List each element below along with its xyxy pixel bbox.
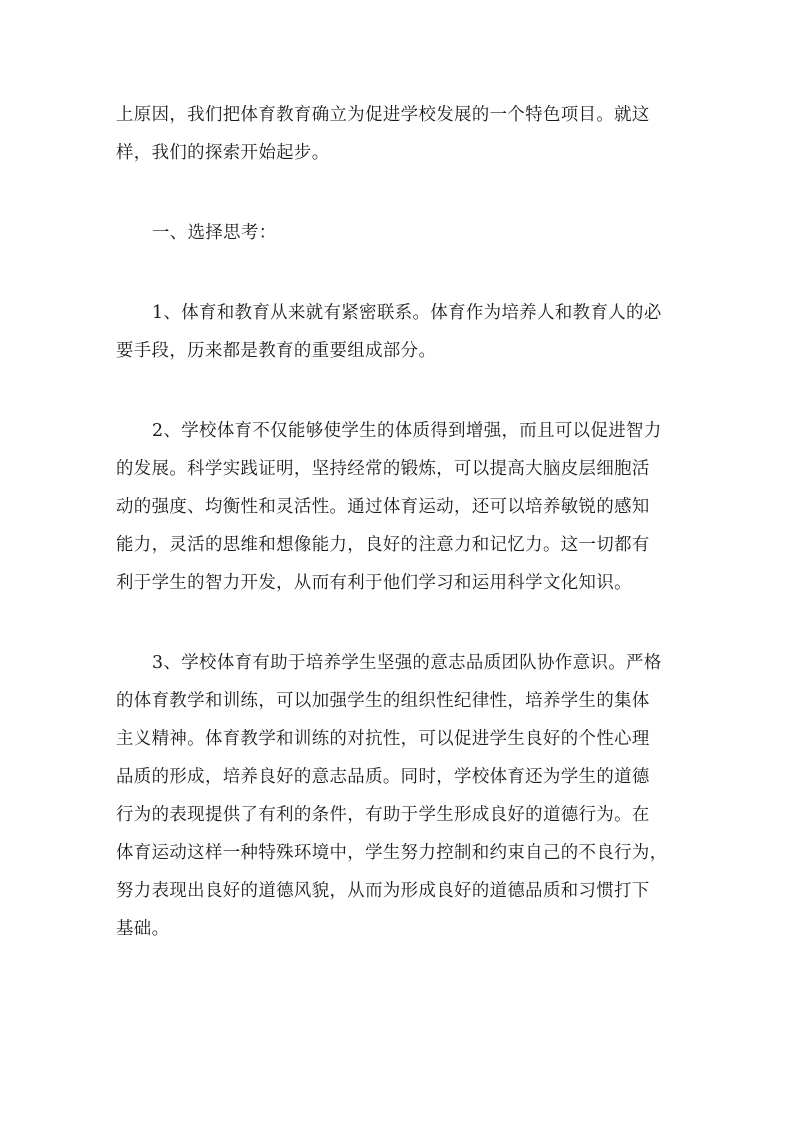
paragraph-line: 样，我们的探索开始起步。: [116, 141, 678, 179]
paragraph-line: 品质的形成，培养良好的意志品质。同时，学校体育还为学生的道德: [116, 765, 678, 803]
paragraph-line: 2、学校体育不仅能够使学生的体质得到增强，而且可以促进智力: [116, 419, 678, 457]
paragraph-line: 努力表现出良好的道德风貌，从而为形成良好的道德品质和习惯打下: [116, 879, 678, 917]
paragraph-spacer: [116, 377, 678, 419]
point-3-paragraph: 3、学校体育有助于培养学生坚强的意志品质团队协作意识。严格 的体育教学和训练，可…: [116, 651, 678, 955]
paragraph-spacer: [116, 179, 678, 221]
paragraph-line: 的发展。科学实践证明，坚持经常的锻炼，可以提高大脑皮层细胞活: [116, 457, 678, 495]
paragraph-line: 上原因，我们把体育教育确立为促进学校发展的一个特色项目。就这: [116, 103, 678, 141]
point-2-paragraph: 2、学校体育不仅能够使学生的体质得到增强，而且可以促进智力 的发展。科学实践证明…: [116, 419, 678, 609]
paragraph-line: 利于学生的智力开发，从而有利于他们学习和运用科学文化知识。: [116, 571, 678, 609]
section-heading: 一、选择思考：: [116, 221, 678, 259]
point-1-paragraph: 1、体育和教育从来就有紧密联系。体育作为培养人和教育人的必 要手段，历来都是教育…: [116, 301, 678, 377]
paragraph-line: 行为的表现提供了有利的条件，有助于学生形成良好的道德行为。在: [116, 803, 678, 841]
paragraph-line: 1、体育和教育从来就有紧密联系。体育作为培养人和教育人的必: [116, 301, 678, 339]
paragraph-line: 基础。: [116, 917, 678, 955]
heading-text: 一、选择思考：: [116, 221, 678, 259]
paragraph-line: 3、学校体育有助于培养学生坚强的意志品质团队协作意识。严格: [116, 651, 678, 689]
paragraph-spacer: [116, 609, 678, 651]
document-page: 上原因，我们把体育教育确立为促进学校发展的一个特色项目。就这 样，我们的探索开始…: [116, 103, 678, 955]
paragraph-line: 的体育教学和训练，可以加强学生的组织性纪律性，培养学生的集体: [116, 689, 678, 727]
paragraph-line: 动的强度、均衡性和灵活性。通过体育运动，还可以培养敏锐的感知: [116, 495, 678, 533]
paragraph-line: 体育运动这样一种特殊环境中，学生努力控制和约束自己的不良行为，: [116, 841, 678, 879]
paragraph-line: 要手段，历来都是教育的重要组成部分。: [116, 339, 678, 377]
paragraph-line: 主义精神。体育教学和训练的对抗性，可以促进学生良好的个性心理: [116, 727, 678, 765]
paragraph-spacer: [116, 259, 678, 301]
paragraph-line: 能力，灵活的思维和想像能力，良好的注意力和记忆力。这一切都有: [116, 533, 678, 571]
intro-paragraph: 上原因，我们把体育教育确立为促进学校发展的一个特色项目。就这 样，我们的探索开始…: [116, 103, 678, 179]
